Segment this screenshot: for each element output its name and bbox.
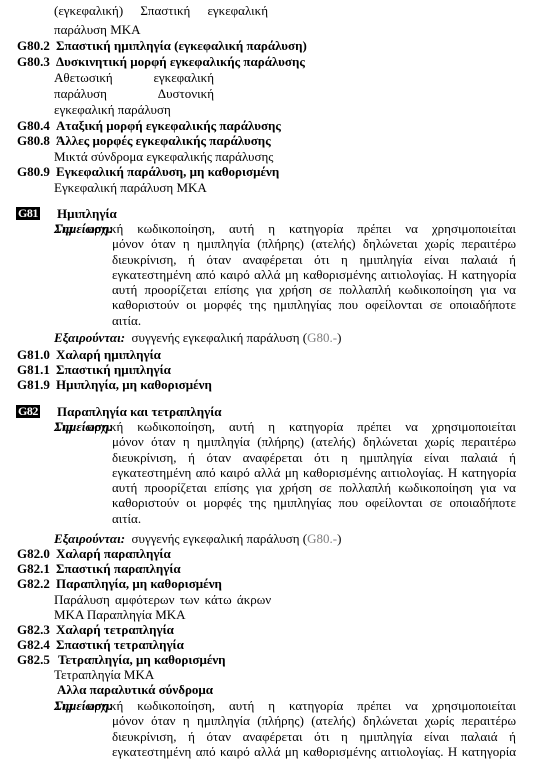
word: εγκεφαλική [153, 70, 214, 85]
g80-3-inclusion-line-3: εγκεφαλική παράλυση [54, 102, 171, 117]
title-g82-1: Σπαστική παραπληγία [56, 561, 181, 576]
excludes-text: συγγενής εγκεφαλική παράλυση ( [132, 330, 308, 345]
note-line: καθοριστούν οι μορφές της ημιπληγίας που… [112, 495, 516, 510]
g82-5-inclusion: Τετραπληγία ΜΚΑ [54, 667, 154, 682]
g82-2-inclusion-line-2: ΜΚΑ Παραπληγία ΜΚΑ [54, 607, 186, 622]
code-g82-4: G82.4 [17, 637, 50, 652]
excludes-close: ) [337, 330, 341, 345]
code-g80-8: G80.8 [17, 133, 50, 148]
code-g82-2: G82.2 [17, 576, 50, 591]
note-line: εγκατεστημένη από καιρό αλλά μη καθορισμ… [112, 465, 516, 480]
note-line: μόνον όταν η ημιπληγία (πλήρης) (ατελής)… [112, 236, 516, 251]
category-title-g81: Ημιπληγία [57, 206, 117, 221]
note-line: διευκρίνιση, ή όταν αναφέρεται ότι η ημι… [112, 252, 516, 267]
note-line: αυτή προορίζεται επίσης για χρήση σε πολ… [112, 282, 516, 297]
category-badge-g82: G82 [16, 405, 40, 418]
word: Δυστονική [158, 86, 214, 101]
title-g81-0: Χαλαρή ημιπληγία [56, 347, 161, 362]
g80-9-inclusion: Εγκεφαλική παράλυση ΜΚΑ [54, 180, 207, 195]
title-g82-3: Χαλαρή τετραπληγία [56, 622, 174, 637]
excludes-label: Εξαιρούνται: [54, 531, 125, 546]
code-g80-9: G80.9 [17, 164, 50, 179]
title-g81-1: Σπαστική ημιπληγία [56, 362, 171, 377]
word: Αθετωσική [54, 70, 113, 85]
excludes-reference-link[interactable]: G80.- [307, 330, 337, 345]
g82-2-inclusion-line-1: Παράλυση αμφότερων των κάτω άκρων [54, 592, 271, 607]
excludes-text: συγγενής εγκεφαλική παράλυση ( [132, 531, 308, 546]
code-g81-1: G81.1 [17, 362, 50, 377]
note-line: εγκατεστημένη από καιρό αλλά μη καθορισμ… [112, 744, 516, 759]
word: (εγκεφαλική) [54, 3, 123, 18]
note-body-other: Για αρχική κωδικοποίηση, αυτή η κατηγορί… [112, 698, 516, 759]
title-g80-2: Σπαστική ημιπληγία (εγκεφαλική παράλυση) [56, 38, 307, 53]
title-g82-4: Σπαστική τετραπληγία [56, 637, 184, 652]
other-syndromes-title: Αλλα παραλυτικά σύνδρομα [57, 682, 213, 697]
code-g80-2: G80.2 [17, 38, 50, 53]
excludes-reference-link[interactable]: G80.- [307, 531, 337, 546]
note-line: αυτή προορίζεται επίσης για χρήση σε πολ… [112, 480, 516, 495]
note-line: Για αρχική κωδικοποίηση, αυτή η κατηγορί… [56, 221, 516, 236]
note-line: διευκρίνιση, ή όταν αναφέρεται ότι η ημι… [112, 450, 516, 465]
continuation-line-2: παράλυση ΜΚΑ [54, 22, 141, 37]
code-g81-0: G81.0 [17, 347, 50, 362]
title-g81-9: Ημιπληγία, μη καθορισμένη [56, 377, 212, 392]
g80-3-inclusion-line-1: Αθετωσική εγκεφαλική [54, 70, 214, 85]
g80-3-inclusion-line-2: παράλυση Δυστονική [54, 86, 214, 101]
title-g82-0: Χαλαρή παραπληγία [56, 546, 171, 561]
excludes-label: Εξαιρούνται: [54, 330, 125, 345]
note-line: μόνον όταν η ημιπληγία (πλήρης) (ατελής)… [112, 434, 516, 449]
title-g80-4: Αταξική μορφή εγκεφαλικής παράλυσης [56, 118, 281, 133]
note-body-g81: Για αρχική κωδικοποίηση, αυτή η κατηγορί… [112, 221, 516, 328]
continuation-line-1: (εγκεφαλική) Σπαστική εγκεφαλική [54, 3, 268, 18]
note-line: εγκατεστημένη από καιρό αλλά μη καθορισμ… [112, 267, 516, 282]
category-title-g82: Παραπληγία και τετραπληγία [57, 404, 221, 419]
note-line: διευκρίνιση, ή όταν αναφέρεται ότι η ημι… [112, 729, 516, 744]
category-badge-g81: G81 [16, 207, 40, 220]
note-line: αιτία. [112, 313, 516, 328]
word: παράλυση [54, 86, 107, 101]
word: εγκεφαλική [207, 3, 268, 18]
note-line: Για αρχική κωδικοποίηση, αυτή η κατηγορί… [56, 419, 516, 434]
excludes-g82: Εξαιρούνται: συγγενής εγκεφαλική παράλυσ… [54, 531, 341, 546]
title-g80-3: Δυσκινητική μορφή εγκεφαλικής παράλυσης [56, 54, 305, 69]
excludes-close: ) [337, 531, 341, 546]
note-line: Για αρχική κωδικοποίηση, αυτή η κατηγορί… [56, 698, 516, 713]
title-g82-2: Παραπληγία, μη καθορισμένη [56, 576, 222, 591]
note-body-g82: Για αρχική κωδικοποίηση, αυτή η κατηγορί… [112, 419, 516, 526]
title-g80-9: Εγκεφαλική παράλυση, μη καθορισμένη [56, 164, 279, 179]
code-g82-5: G82.5 [17, 652, 50, 667]
note-line: μόνον όταν η ημιπληγία (πλήρης) (ατελής)… [112, 713, 516, 728]
note-line: αιτία. [112, 511, 516, 526]
code-g82-3: G82.3 [17, 622, 50, 637]
g80-8-inclusion: Μικτά σύνδρομα εγκεφαλικής παράλυσης [54, 149, 273, 164]
word: Σπαστική [140, 3, 190, 18]
title-g80-8: Άλλες μορφές εγκεφαλικής παράλυσης [56, 133, 271, 148]
title-g82-5: Τετραπληγία, μη καθορισμένη [58, 652, 226, 667]
code-g80-4: G80.4 [17, 118, 50, 133]
code-g80-3: G80.3 [17, 54, 50, 69]
note-line: καθοριστούν οι μορφές της ημιπληγίας που… [112, 297, 516, 312]
code-g82-1: G82.1 [17, 561, 50, 576]
code-g82-0: G82.0 [17, 546, 50, 561]
code-g81-9: G81.9 [17, 377, 50, 392]
excludes-g81: Εξαιρούνται: συγγενής εγκεφαλική παράλυσ… [54, 330, 341, 345]
